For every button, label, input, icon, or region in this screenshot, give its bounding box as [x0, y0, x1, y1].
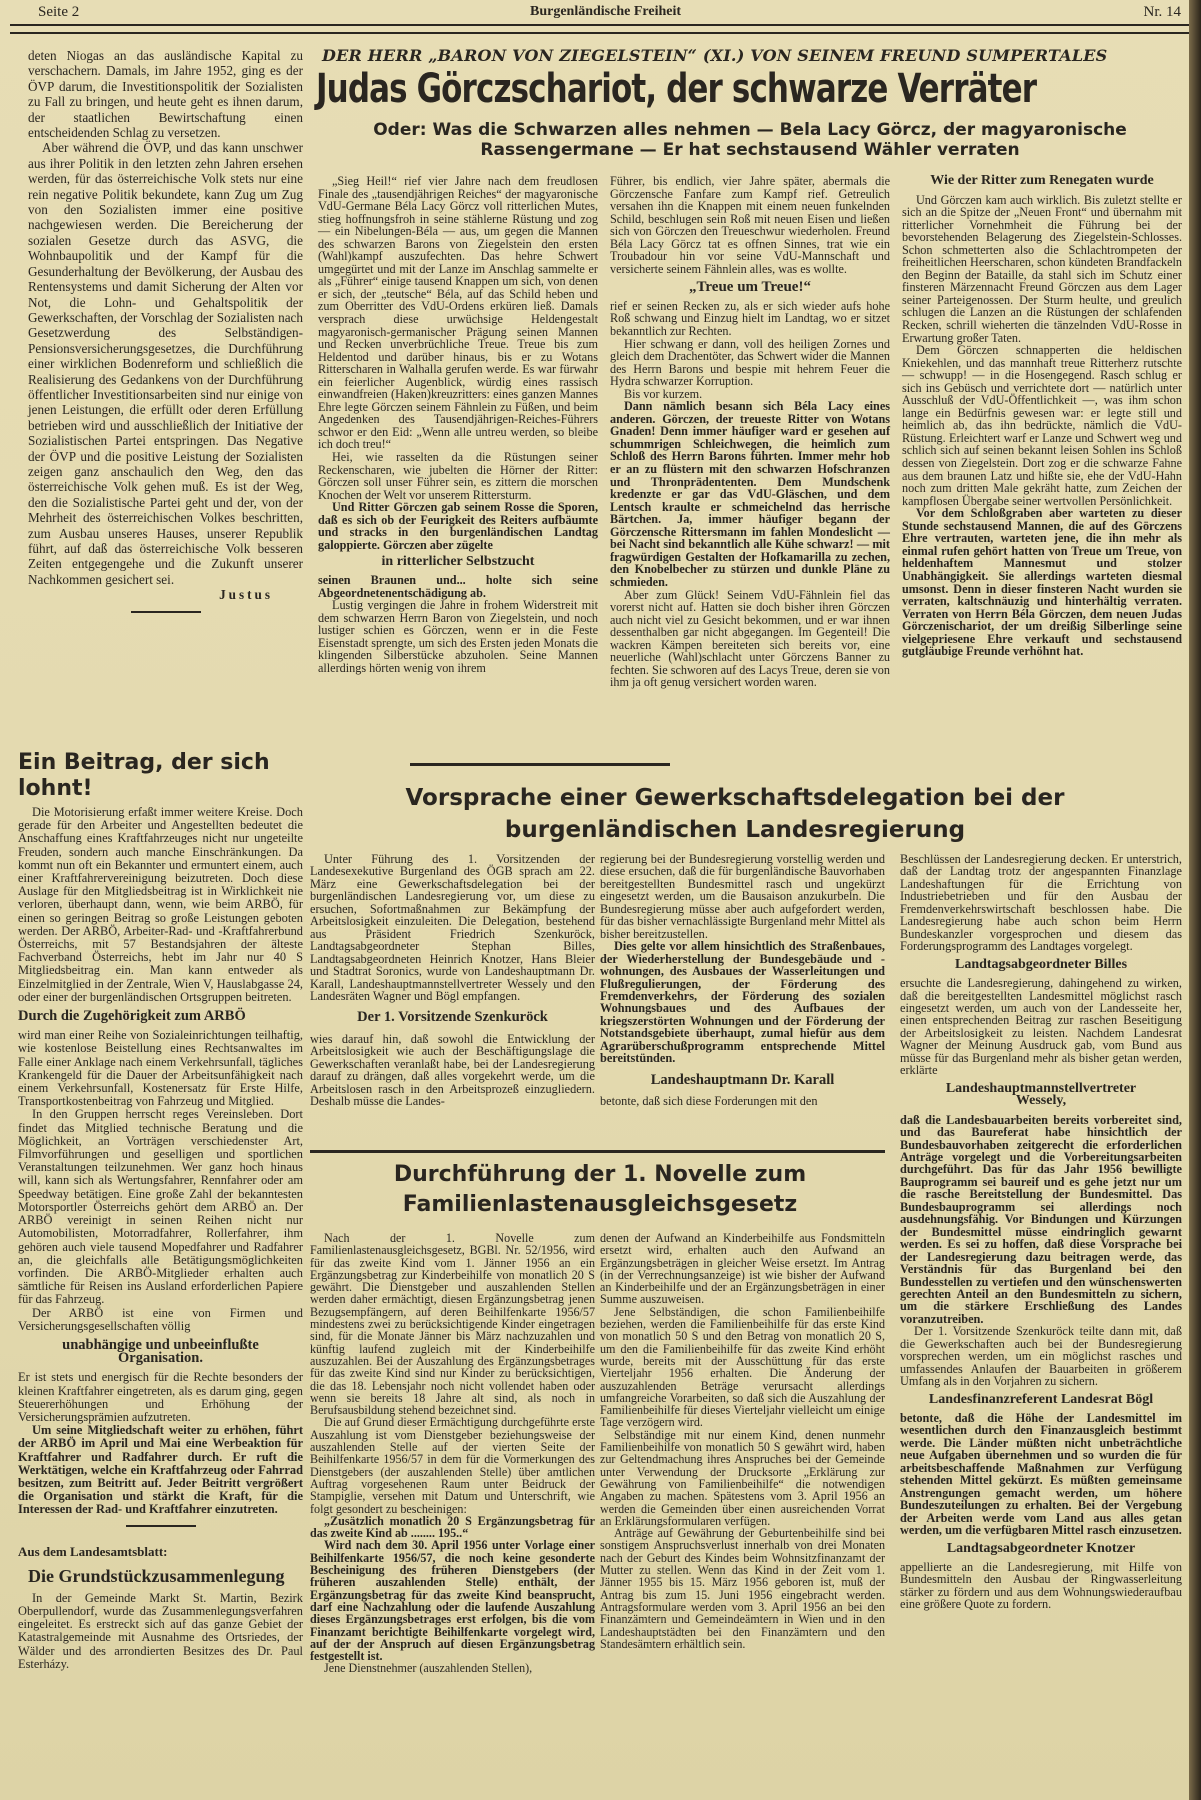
union-article-column-3: Beschlüssen der Landesregierung decken. … — [900, 853, 1182, 1611]
paragraph: Wird nach dem 30. April 1956 unter Vorla… — [310, 1539, 595, 1662]
subheading: Durch die Zugehörigkeit zum ARBÖ — [18, 1010, 303, 1023]
paragraph: Die auf Grund dieser Ermächtigung durchg… — [310, 1416, 595, 1514]
paragraph: Und Görczen kam auch wirklich. Bis zulet… — [902, 194, 1182, 345]
newspaper-page: Seite 2 Burgenländische Freiheit Nr. 14 … — [0, 0, 1201, 1800]
paragraph: deten Niogas an das ausländische Kapital… — [28, 48, 303, 140]
arboe-article: Ein Beitrag, der sich lohnt! Die Motoris… — [18, 750, 303, 1671]
paragraph: daß die Landesbauarbeiten bereits vorber… — [900, 1114, 1182, 1326]
paragraph: Führer, bis endlich, vier Jahre später, … — [610, 175, 890, 275]
paragraph: Anträge auf Gewährung der Geburtenbeihil… — [600, 1527, 885, 1650]
article-title: Ein Beitrag, der sich lohnt! — [18, 750, 303, 802]
subheading: „Treue um Treue!“ — [610, 281, 890, 294]
left-article: deten Niogas an das ausländische Kapital… — [28, 48, 303, 613]
paragraph: In den Gruppen herrscht reges Vereinsleb… — [18, 1108, 303, 1306]
subheading: Landeshauptmannstellvertreter Wessely, — [900, 1083, 1182, 1108]
subheading: in ritterlicher Selbstzucht — [318, 556, 598, 569]
paragraph: ersuchte die Landesregierung, dahingehen… — [900, 977, 1182, 1077]
article-kicker: DER HERR „BARON VON ZIEGELSTEIN“ (XI.) V… — [322, 46, 1122, 65]
paragraph: Und Ritter Görczen gab seinem Rosse die … — [318, 501, 598, 551]
paragraph: Jene Dienstnehmer (auszahlenden Stellen)… — [310, 1662, 595, 1674]
main-article-column-3: Wie der Ritter zum Renegaten wurde Und G… — [902, 175, 1182, 658]
article-headline: Vorsprache einer Gewerkschaftsdelegation… — [330, 782, 1140, 846]
subheading: Landeshauptmann Dr. Karall — [600, 1074, 885, 1086]
paragraph: Unter Führung des 1. Vorsitzenden der La… — [310, 853, 595, 1002]
divider — [410, 763, 670, 766]
subheading: Landtagsabgeordneter Knotzer — [900, 1543, 1182, 1555]
paragraph: Aber zum Glück! Seinem VdU-Fähnlein fiel… — [610, 589, 890, 689]
paragraph: Hei, wie rasselten da die Rüstungen sein… — [318, 451, 598, 501]
article-title: Die Grundstückzusammenlegung — [28, 1564, 303, 1588]
author-signature: Justus — [28, 587, 273, 602]
issue-number: Nr. 14 — [1144, 4, 1182, 21]
article-headline: Durchführung der 1. Novelle zum Familien… — [305, 1160, 895, 1220]
paragraph: Nach der 1. Novelle zum Familienlastenau… — [310, 1232, 595, 1416]
paragraph: Um seine Mitgliedschaft weiter zu erhöhe… — [18, 1424, 303, 1516]
paragraph: betonte, daß die Höhe der Landesmittel i… — [900, 1412, 1182, 1537]
paragraph: Er ist stets und energisch für die Recht… — [18, 1371, 303, 1424]
main-article-column-1: „Sieg Heil!“ rief vier Jahre nach dem fr… — [318, 175, 598, 674]
subheading: unabhängige und unbeeinflußte Organisati… — [18, 1339, 303, 1365]
paragraph: In der Gemeinde Markt St. Martin, Bezirk… — [18, 1592, 303, 1671]
paragraph: Hier schwang er dann, voll des heiligen … — [610, 338, 890, 388]
divider — [131, 611, 201, 613]
main-article-column-2: Führer, bis endlich, vier Jahre später, … — [610, 175, 890, 689]
masthead: Seite 2 Burgenländische Freiheit Nr. 14 — [30, 2, 1181, 22]
subheading: Landtagsabgeordneter Billes — [900, 959, 1182, 971]
page-edge-shadow — [1189, 0, 1201, 1800]
section-kicker: Aus dem Landesamtsblatt: — [18, 1545, 303, 1558]
paragraph: seinen Braunen und... holte sich seine A… — [318, 574, 598, 599]
union-article-column-1: Unter Führung des 1. Vorsitzenden der La… — [310, 853, 595, 1108]
paragraph: Dem Görczen schnapperten die heldischen … — [902, 344, 1182, 507]
paragraph: Die Motorisierung erfaßt immer weitere K… — [18, 806, 303, 1004]
paragraph: Dann nämlich besann sich Béla Lacy eines… — [610, 400, 890, 588]
paragraph: Selbständige mit nur einem Kind, denen n… — [600, 1429, 885, 1527]
paragraph: denen der Aufwand an Kinderbeihilfe aus … — [600, 1232, 885, 1306]
subheading: Wie der Ritter zum Renegaten wurde — [902, 175, 1182, 188]
paragraph: regierung bei der Bundesregierung vorste… — [600, 853, 885, 940]
paragraph: appellierte an die Landesregierung, mit … — [900, 1561, 1182, 1611]
article-headline: Judas Görczschariot, der schwarze Verrät… — [316, 66, 1073, 112]
divider — [126, 1525, 196, 1527]
paragraph: Dies gelte vor allem hinsichtlich des St… — [600, 940, 885, 1065]
paragraph: Aber während die ÖVP, und das kann unsch… — [28, 140, 303, 587]
article-deck: Oder: Was die Schwarzen alles nehmen — B… — [330, 120, 1170, 160]
masthead-rule — [10, 24, 1189, 34]
divider — [310, 1150, 885, 1153]
paragraph: wies darauf hin, daß sowohl die Entwickl… — [310, 1033, 595, 1108]
paragraph: Vor dem Schloßgraben aber warteten zu di… — [902, 507, 1182, 658]
paragraph: Jene Selbständigen, die schon Familienbe… — [600, 1306, 885, 1429]
newspaper-name: Burgenländische Freiheit — [30, 4, 1181, 20]
paragraph: „Zusätzlich monatlich 20 S Ergänzungsbet… — [310, 1515, 595, 1540]
paragraph: rief er seinen Recken zu, als er sich wi… — [610, 300, 890, 338]
paragraph: Lustig vergingen die Jahre in frohem Wid… — [318, 599, 598, 674]
paragraph: „Sieg Heil!“ rief vier Jahre nach dem fr… — [318, 175, 598, 451]
union-article-column-2: regierung bei der Bundesregierung vorste… — [600, 853, 885, 1108]
subheading: Der 1. Vorsitzende Szenkuröck — [310, 1011, 595, 1023]
paragraph: betonte, daß sich diese Forderungen mit … — [600, 1095, 885, 1107]
subheading: Landesfinanzreferent Landesrat Bögl — [900, 1394, 1182, 1406]
paragraph: Der ARBÖ ist eine von Firmen und Versich… — [18, 1307, 303, 1333]
paragraph: Beschlüssen der Landesregierung decken. … — [900, 853, 1182, 953]
paragraph: wird man einer Reihe von Sozialeinrichtu… — [18, 1029, 303, 1108]
family-article-column-2: denen der Aufwand an Kinderbeihilfe aus … — [600, 1232, 885, 1650]
paragraph: Der 1. Vorsitzende Szenkuröck teilte dan… — [900, 1325, 1182, 1387]
family-article-column-1: Nach der 1. Novelle zum Familienlastenau… — [310, 1232, 595, 1675]
